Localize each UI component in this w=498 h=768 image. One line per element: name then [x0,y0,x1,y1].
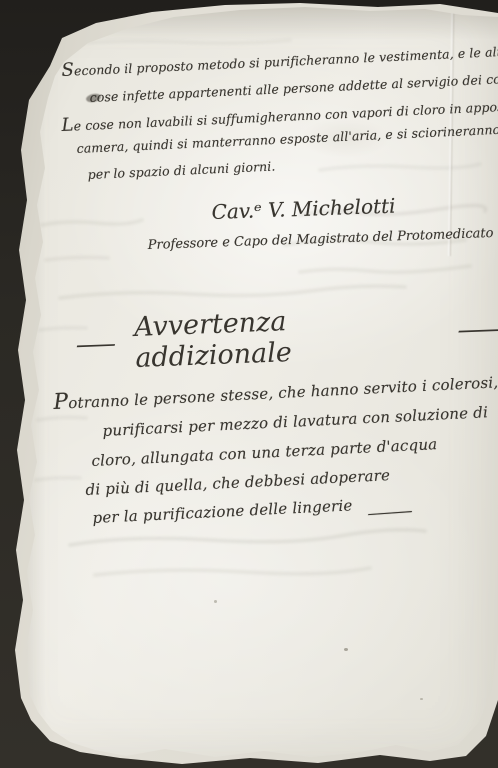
heading-dash-left: — [74,329,117,361]
heading-text: Avvertenza addizionale [134,300,446,374]
paper-speck [214,600,217,603]
heading-dash-right: — [456,314,498,346]
closing-dash: — [365,501,414,523]
manuscript-page: Secondo il proposto metodo si purificher… [0,0,498,768]
section-heading: — Avvertenza addizionale — [82,298,498,376]
manuscript-photo: Secondo il proposto metodo si purificher… [0,0,498,768]
signature-title: Professore e Capo del Magistrato del Pro… [147,226,493,253]
paragraph2-line: per la purificazione delle lingerie [92,496,353,527]
paper-speck [420,698,423,700]
signature-name: Cav.ᵉ V. Michelotti [211,194,396,224]
paper-speck [344,648,348,651]
paragraph2-line: cloro, allungata con una terza parte d'a… [91,435,438,470]
paragraph1-line: per lo spazio di alcuni giorni. [87,158,275,182]
paragraph2-line: di più di quella, che debbesi adoperare [85,466,390,499]
